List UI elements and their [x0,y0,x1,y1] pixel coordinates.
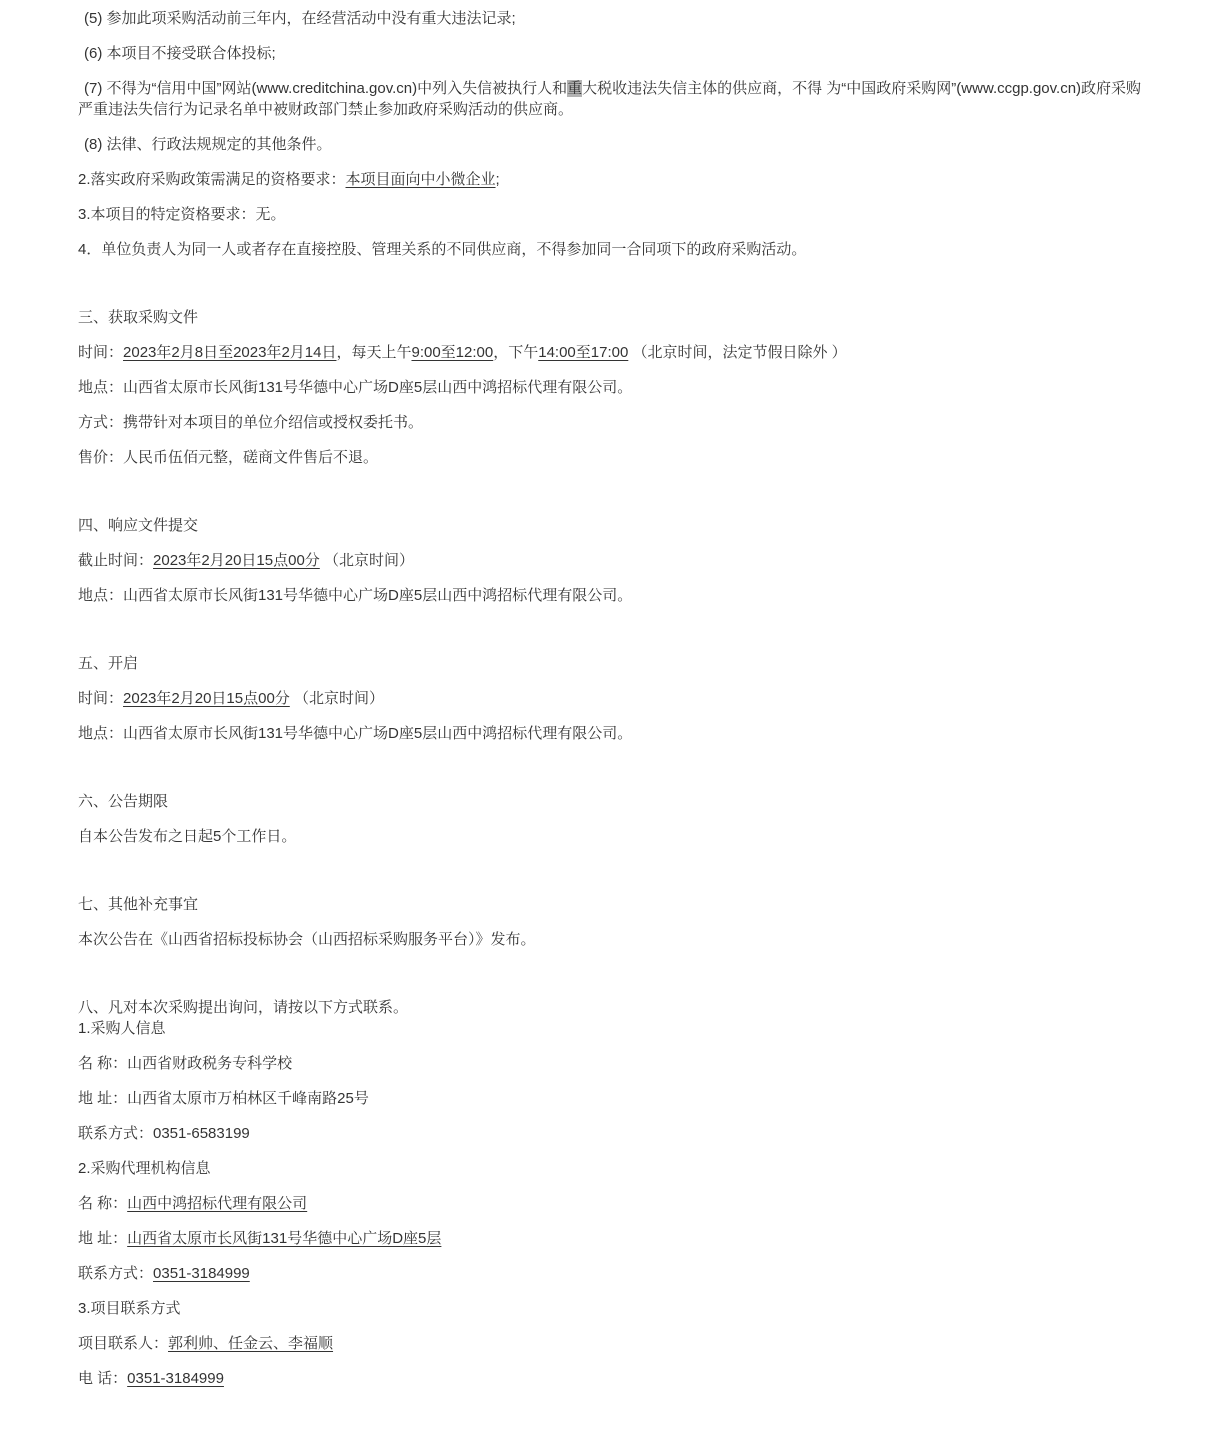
announcement-period-body: 自本公告发布之日起5个工作日。 [78,826,1143,847]
agency-contact-line: 联系方式：0351-3184999 [78,1263,1143,1284]
submission-location-line: 地点：山西省太原市长风街131号华德中心广场D座5层山西中鸿招标代理有限公司。 [78,585,1143,606]
section-heading-response-submission: 四、响应文件提交 [78,515,1143,536]
project-contact-title: 3.项目联系方式 [78,1298,1143,1319]
opening-location-line: 地点：山西省太原市长风街131号华德中心广场D座5层山西中鸿招标代理有限公司。 [78,723,1143,744]
specific-qualification-line: 3.本项目的特定资格要求：无。 [78,204,1143,225]
obtain-time-mid1: ，每天上午 [336,344,411,361]
policy-requirement-label: 2.落实政府采购政策需满足的资格要求： [78,171,346,188]
item7-text-pre: (7) 不得为“信用中国”网站(www.creditchina.gov.cn)中… [84,80,567,97]
project-persons-label: 项目联系人： [78,1335,168,1352]
obtain-date-range: 2023年2月8日至2023年2月14日 [123,344,336,361]
same-responsible-person-rule: 4．单位负责人为同一人或者存在直接控股、管理关系的不同供应商，不得参加同一合同项… [78,239,1143,260]
agency-contact-value: 0351-3184999 [153,1265,250,1282]
submission-deadline-value: 2023年2月20日15点00分 [153,552,320,569]
page: { "colors": { "background": "#ffffff", "… [0,0,1219,1433]
obtain-price-line: 售价：人民币伍佰元整，磋商文件售后不退。 [78,447,1143,468]
submission-deadline-label: 截止时间： [78,552,153,569]
purchaser-contact-line: 联系方式：0351-6583199 [78,1123,1143,1144]
policy-requirement-tail: ; [496,171,500,188]
agency-address-label: 地 址： [78,1230,127,1247]
opening-time-value: 2023年2月20日15点00分 [123,690,290,707]
opening-time-line: 时间：2023年2月20日15点00分 （北京时间） [78,688,1143,709]
submission-deadline-tail: （北京时间） [320,552,414,569]
agency-address-value: 山西省太原市长风街131号华德中心广场D座5层 [127,1230,441,1247]
project-phone-label: 电 话： [78,1370,127,1387]
agency-name-value: 山西中鸿招标代理有限公司 [127,1195,307,1212]
obtain-location-line: 地点：山西省太原市长风街131号华德中心广场D座5层山西中鸿招标代理有限公司。 [78,377,1143,398]
project-phone-line: 电 话：0351-3184999 [78,1368,1143,1389]
qualification-item-8: (8) 法律、行政法规规定的其他条件。 [78,134,1143,155]
policy-requirement-value: 本项目面向中小微企业 [346,171,496,188]
procurement-notice-document: (5) 参加此项采购活动前三年内，在经营活动中没有重大违法记录; (6) 本项目… [78,8,1143,1389]
obtain-time-mid2: ，下午 [493,344,538,361]
agency-address-line: 地 址：山西省太原市长风街131号华德中心广场D座5层 [78,1228,1143,1249]
agency-info-title: 2.采购代理机构信息 [78,1158,1143,1179]
project-persons-value: 郭利帅、任金云、李福顺 [168,1335,333,1352]
section-heading-opening: 五、开启 [78,653,1143,674]
section-heading-supplementary: 七、其他补充事宜 [78,894,1143,915]
agency-contact-label: 联系方式： [78,1265,153,1282]
qualification-item-6: (6) 本项目不接受联合体投标; [78,43,1143,64]
section-heading-announcement-period: 六、公告期限 [78,791,1143,812]
obtain-pm-hours: 14:00至17:00 [538,344,628,361]
obtain-am-hours: 9:00至12:00 [411,344,493,361]
submission-deadline-line: 截止时间：2023年2月20日15点00分 （北京时间） [78,550,1143,571]
purchaser-name-line: 名 称：山西省财政税务专科学校 [78,1053,1143,1074]
agency-name-line: 名 称：山西中鸿招标代理有限公司 [78,1193,1143,1214]
project-persons-line: 项目联系人：郭利帅、任金云、李福顺 [78,1333,1143,1354]
obtain-time-line: 时间：2023年2月8日至2023年2月14日，每天上午9:00至12:00，下… [78,342,1143,363]
purchaser-address-line: 地 址：山西省太原市万柏林区千峰南路25号 [78,1088,1143,1109]
obtain-time-label: 时间： [78,344,123,361]
project-phone-value: 0351-3184999 [127,1370,224,1387]
item7-highlighted-char: 重 [567,80,582,97]
purchaser-info-title: 1.采购人信息 [78,1018,1143,1039]
qualification-item-7: (7) 不得为“信用中国”网站(www.creditchina.gov.cn)中… [78,78,1143,120]
opening-time-label: 时间： [78,690,123,707]
opening-time-tail: （北京时间） [290,690,384,707]
qualification-item-5: (5) 参加此项采购活动前三年内，在经营活动中没有重大违法记录; [78,8,1143,29]
supplementary-body: 本次公告在《山西省招标投标协会（山西招标采购服务平台）》发布。 [78,929,1143,950]
section-heading-contact: 八、凡对本次采购提出询问，请按以下方式联系。 [78,997,1143,1018]
section-heading-obtain-documents: 三、获取采购文件 [78,307,1143,328]
agency-name-label: 名 称： [78,1195,127,1212]
policy-requirement-line: 2.落实政府采购政策需满足的资格要求：本项目面向中小微企业; [78,169,1143,190]
obtain-time-tail: （北京时间，法定节假日除外 ） [628,344,846,361]
obtain-method-line: 方式：携带针对本项目的单位介绍信或授权委托书。 [78,412,1143,433]
